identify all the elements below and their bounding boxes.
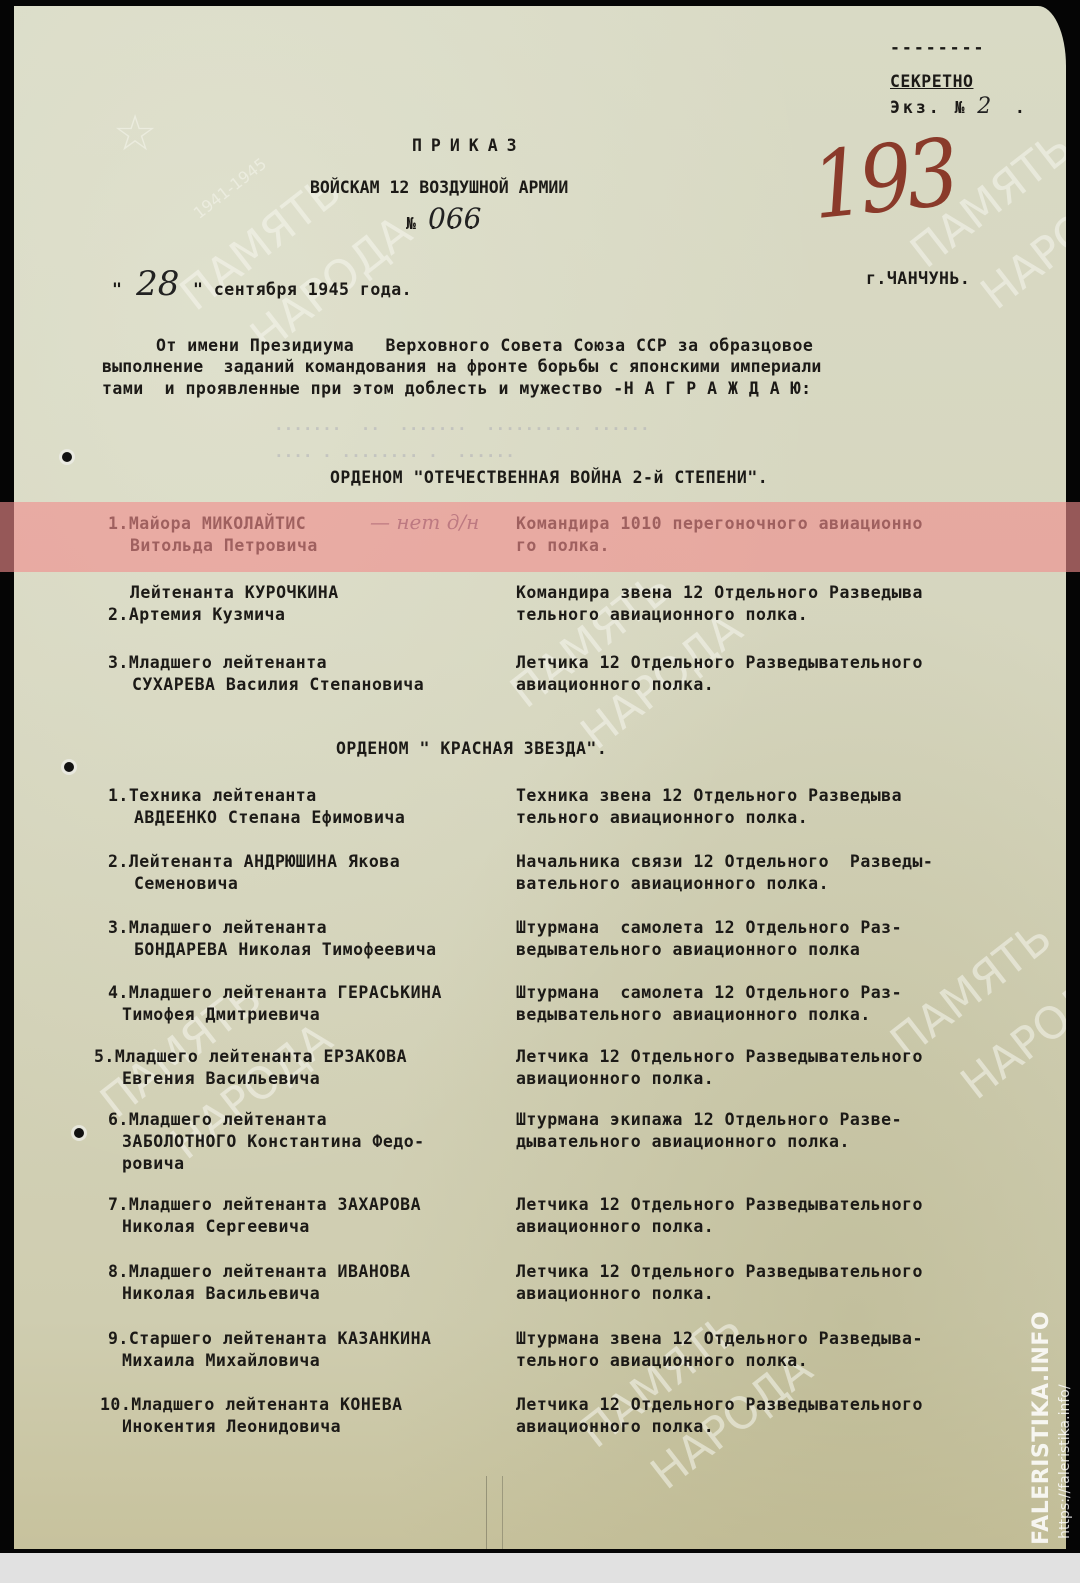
order-date: " 28 " сентября 1945 года.	[112, 264, 412, 304]
bleed-through-text: ···· · ········ · ······	[274, 446, 515, 465]
punch-hole	[62, 452, 72, 462]
copy-number: Экз. № 2 .	[890, 94, 1025, 119]
section-heading-red-star: ОРДЕНОМ " КРАСНАЯ ЗВЕЗДА".	[336, 739, 607, 758]
highlighted-row-band	[0, 502, 1080, 572]
classification-stamp: СЕКРЕТНО	[890, 72, 973, 91]
section-heading-patriotic-war: ОРДЕНОМ "ОТЕЧЕСТВЕННАЯ ВОЙНА 2-й СТЕПЕНИ…	[330, 468, 768, 487]
doc-type-title: ПРИКАЗ	[412, 136, 526, 155]
bleed-through-text: ······· ·· ······· ·········· ······	[274, 419, 650, 438]
viewer-bottom-bar	[0, 1553, 1080, 1583]
order-place: г.ЧАНЧУНЬ.	[866, 269, 970, 288]
addressee: ВОЙСКАМ 12 ВОЗДУШНОЙ АРМИИ	[310, 178, 568, 197]
handwritten-page-number: 193	[807, 119, 959, 240]
header-dashes: --------	[890, 38, 985, 57]
punch-hole	[74, 1128, 84, 1138]
star-watermark-icon: ☆	[114, 86, 156, 168]
punch-hole	[64, 762, 74, 772]
fold-mark	[486, 1476, 487, 1549]
fold-mark	[502, 1476, 503, 1549]
document-page: ☆ 1941-1945 ПАМЯТЬ НАРОДА ПАМЯТЬ НАРОДА …	[14, 6, 1066, 1549]
site-watermark: FALERISTIKA.INFO https://faleristika.inf…	[1010, 1311, 1073, 1555]
order-number: № 066 ...	[406, 214, 485, 233]
